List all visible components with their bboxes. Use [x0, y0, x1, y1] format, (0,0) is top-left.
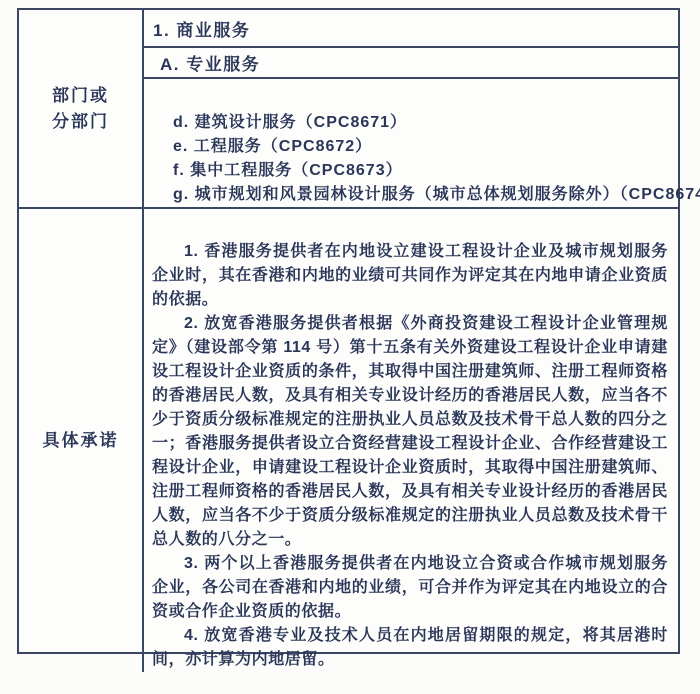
sector-subcategory-cell: A. 专业服务 — [144, 48, 678, 79]
commitments-section: 具体承诺 1. 香港服务提供者在内地设立建设工程设计企业及城市规划服务企业时，其… — [19, 209, 678, 672]
sector-category-cell: 1. 商业服务 — [144, 10, 678, 48]
service-item: f. 集中工程服务（CPC8673） — [173, 159, 672, 183]
service-item: d. 建筑设计服务（CPC8671） — [173, 111, 672, 135]
commitment-paragraph: 2. 放宽香港服务提供者根据《外商投资建设工程设计企业管理规定》（建设部令第 1… — [152, 312, 668, 552]
commitments-row-header-label: 具体承诺 — [43, 428, 119, 454]
commitment-paragraph: 4. 放宽香港专业及技术人员在内地居留期限的规定，将其居港时间，亦计算为内地居留… — [152, 624, 668, 672]
sector-section: 部门或 分部门 1. 商业服务 A. 专业服务 d. 建筑设计服务（CPC867… — [19, 10, 678, 209]
sector-subcategory-label: A. 专业服务 — [160, 50, 260, 75]
sector-row-header-line1: 部门或 — [52, 83, 109, 109]
sector-category-label: 1. 商业服务 — [153, 16, 250, 41]
commitments-row-header: 具体承诺 — [19, 209, 144, 672]
sector-content: 1. 商业服务 A. 专业服务 d. 建筑设计服务（CPC8671） e. 工程… — [144, 10, 678, 207]
sector-services-cell: d. 建筑设计服务（CPC8671） e. 工程服务（CPC8672） f. 集… — [144, 79, 678, 207]
commitments-table: 部门或 分部门 1. 商业服务 A. 专业服务 d. 建筑设计服务（CPC867… — [17, 8, 680, 654]
service-item: g. 城市规划和风景园林设计服务（城市总体规划服务除外）（CPC8674） — [173, 183, 672, 207]
commitment-paragraph: 1. 香港服务提供者在内地设立建设工程设计企业及城市规划服务企业时，其在香港和内… — [152, 240, 668, 312]
service-item: e. 工程服务（CPC8672） — [173, 135, 672, 159]
sector-row-header-line2: 分部门 — [52, 109, 109, 135]
sector-row-header: 部门或 分部门 — [19, 10, 144, 207]
commitment-paragraph: 3. 两个以上香港服务提供者在内地设立合资或合作城市规划服务企业，各公司在香港和… — [152, 552, 668, 624]
commitments-content: 1. 香港服务提供者在内地设立建设工程设计企业及城市规划服务企业时，其在香港和内… — [144, 209, 678, 672]
